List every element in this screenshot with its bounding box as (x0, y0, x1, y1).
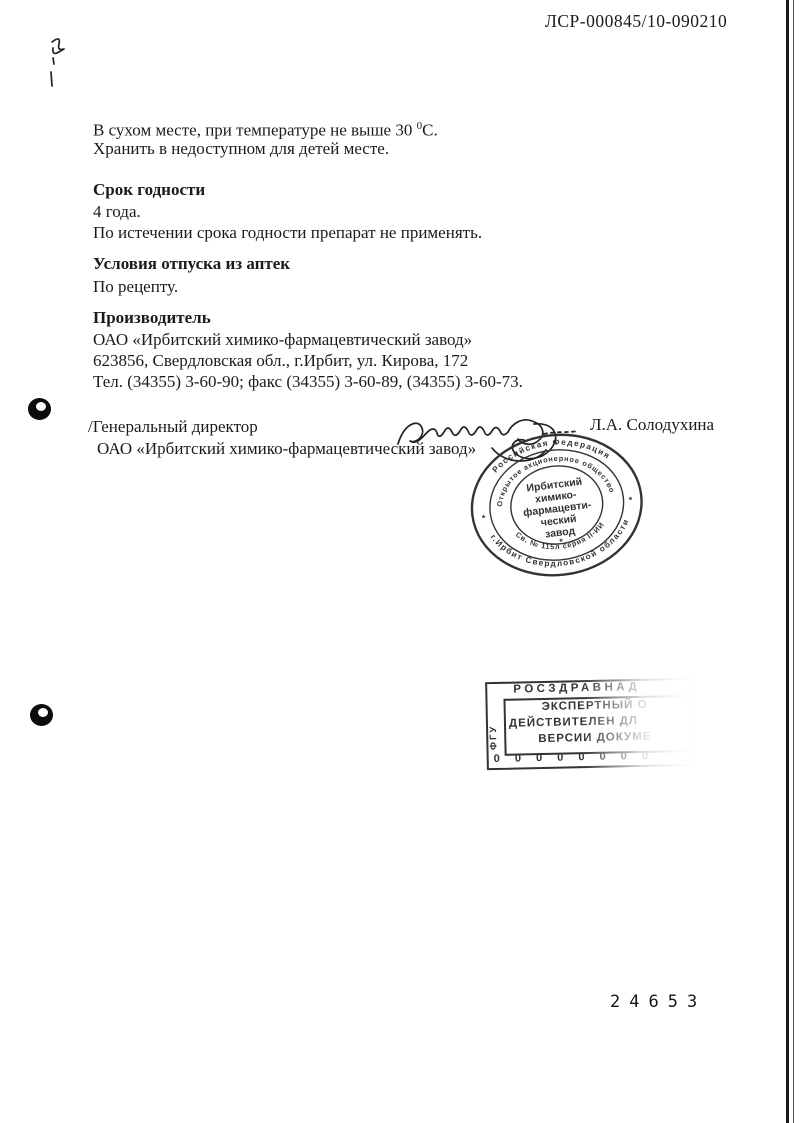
stamp-fade-overlay (580, 674, 701, 772)
handwritten-ink-mark (40, 30, 80, 100)
director-title-line1: /Генеральный директор (88, 416, 258, 437)
manufacturer-heading: Производитель (93, 307, 211, 328)
scanned-document-page: ЛСР-000845/10-090210 В сухом месте, при … (0, 0, 800, 1123)
shelf-life-note: По истечении срока годности препарат не … (93, 222, 482, 243)
scan-edge-line-thick (786, 0, 789, 1123)
registration-number: ЛСР-000845/10-090210 (545, 11, 727, 32)
stamp-right-star-icon: * (628, 495, 633, 505)
round-stamp: Российская Федерация г.Ирбит Свердловско… (460, 422, 655, 593)
storage-condition-line2: Хранить в недоступном для детей месте. (93, 138, 389, 159)
hole-punch-bottom (30, 704, 53, 726)
manufacturer-address: 623856, Свердловская обл., г.Ирбит, ул. … (93, 350, 468, 371)
storage-text: В сухом месте, при температуре не выше 3… (93, 121, 417, 140)
expert-rect-stamp: РОСЗДРАВНАД ФГУ ЭКСПЕРТНЫЙ О ДЕЙСТВИТЕЛЕ… (485, 678, 695, 770)
storage-text-unit: С. (422, 121, 438, 140)
manufacturer-phones: Тел. (34355) 3-60-90; факс (34355) 3-60-… (93, 371, 523, 392)
shelf-life-heading: Срок годности (93, 179, 205, 200)
stamp-left-star-icon: * (481, 513, 486, 523)
shelf-life-duration: 4 года. (93, 201, 141, 222)
page-serial-number: 24653 (610, 992, 706, 1012)
scan-edge-line-thin (793, 0, 794, 1123)
storage-condition-line1: В сухом месте, при температуре не выше 3… (93, 116, 438, 141)
stamp-org-abbrev: ФГУ (488, 704, 500, 750)
hole-punch-center (38, 708, 48, 717)
hole-punch-center (36, 402, 46, 411)
manufacturer-name: ОАО «Ирбитский химико-фармацевтический з… (93, 329, 472, 350)
dispensing-heading: Условия отпуска из аптек (93, 253, 290, 274)
dispensing-value: По рецепту. (93, 276, 178, 297)
hole-punch-top (28, 398, 51, 420)
